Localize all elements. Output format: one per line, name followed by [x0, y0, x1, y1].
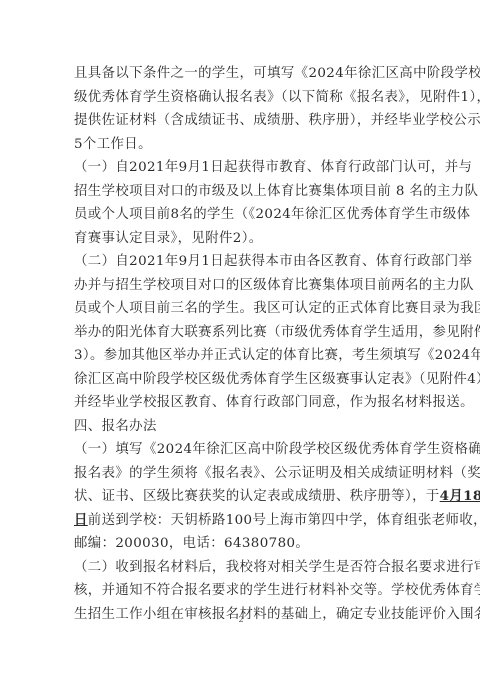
text-line: 核，并通知不符合报名要求的学生进行材料补交等。学校优秀体育学: [74, 579, 408, 603]
text-line: 状、证书、区级比赛获奖的认定表或成绩册、秩序册等），于4月18: [74, 485, 408, 509]
text-line: 级优秀体育学生资格确认报名表》（以下简称《报名表》，见附件1），: [74, 86, 408, 110]
text-line: 招生学校项目对口的市级及以上体育比赛集体项目前 8 名的主力队: [74, 180, 408, 204]
text-line: 且具备以下条件之一的学生，可填写《2024年徐汇区高中阶段学校区: [74, 62, 408, 86]
text-segment: 前送到学校：天钥桥路100号上海市第四中学，体育组张老师收，: [88, 513, 480, 528]
text-line: 报名表》的学生须将《报名表》、公示证明及相关成绩证明材料（奖: [74, 462, 408, 486]
text-line: （一）自2021年9月1日起获得市教育、体育行政部门认可，并与: [74, 156, 408, 180]
text-line: 办并与招生学校项目对口的区级体育比赛集体项目前两名的主力队: [74, 274, 408, 298]
text-line: （二）自2021年9月1日起获得本市由各区教育、体育行政部门举: [74, 250, 408, 274]
section-heading: 四、报名办法: [74, 415, 408, 439]
text-line: 5个工作日。: [74, 133, 408, 157]
text-line: 员或个人项目前三名的学生。我区可认定的正式体育比赛目录为我区: [74, 297, 408, 321]
text-line: 邮编：200030，电话：64380780。: [74, 532, 408, 556]
deadline-date-underlined: 日: [74, 512, 88, 528]
document-page: 且具备以下条件之一的学生，可填写《2024年徐汇区高中阶段学校区 级优秀体育学生…: [0, 0, 480, 679]
text-line: （一）填写《2024年徐汇区高中阶段学校区级优秀体育学生资格确认: [74, 438, 408, 462]
text-line: 日前送到学校：天钥桥路100号上海市第四中学，体育组张老师收，: [74, 509, 408, 533]
text-line: 举办的阳光体育大联赛系列比赛（市级优秀体育学生适用，参见附件: [74, 321, 408, 345]
text-line: 徐汇区高中阶段学校区级优秀体育学生区级赛事认定表》（见附件4），: [74, 368, 408, 392]
page-number: 2: [236, 615, 246, 624]
text-line: 员或个人项目前8名的学生（《2024年徐汇区优秀体育学生市级体: [74, 203, 408, 227]
text-line: 并经毕业学校报区教育、体育行政部门同意，作为报名材料报送。: [74, 391, 408, 415]
document-body: 且具备以下条件之一的学生，可填写《2024年徐汇区高中阶段学校区 级优秀体育学生…: [74, 62, 408, 626]
text-line: 提供佐证材料（含成绩证书、成绩册、秩序册），并经毕业学校公示: [74, 109, 408, 133]
text-line: 育赛事认定目录》，见附件2）。: [74, 227, 408, 251]
deadline-date-underlined: 4月18: [440, 488, 480, 504]
text-line: 3）。参加其他区举办并正式认定的体育比赛，考生须填写《2024年: [74, 344, 408, 368]
text-line: （二）收到报名材料后，我校将对相关学生是否符合报名要求进行审: [74, 556, 408, 580]
text-segment: 状、证书、区级比赛获奖的认定表或成绩册、秩序册等），于: [74, 489, 440, 504]
